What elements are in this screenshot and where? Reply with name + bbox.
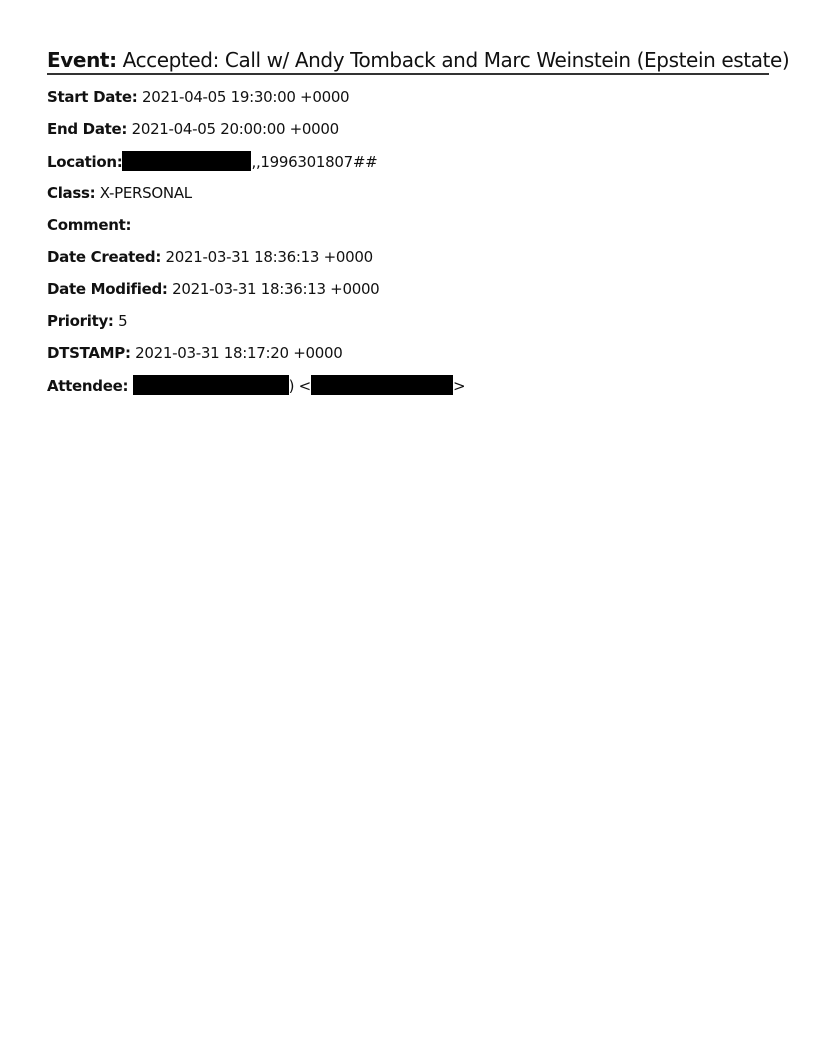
redaction-box: [133, 375, 289, 395]
end-date-value: 2021-04-05 20:00:00 +0000: [132, 120, 339, 138]
start-date-row: Start Date: 2021-04-05 19:30:00 +0000: [47, 87, 465, 119]
date-created-row: Date Created: 2021-03-31 18:36:13 +0000: [47, 247, 465, 279]
redaction-box: [122, 151, 251, 171]
location-label: Location:: [47, 153, 122, 171]
start-date-label: Start Date:: [47, 88, 138, 106]
date-created-value: 2021-03-31 18:36:13 +0000: [166, 248, 373, 266]
date-created-label: Date Created:: [47, 248, 161, 266]
class-value: X-PERSONAL: [100, 184, 192, 202]
attendee-separator: ) <: [289, 377, 311, 395]
end-date-label: End Date:: [47, 120, 127, 138]
location-value: ,,1996301807##: [251, 153, 377, 171]
date-modified-row: Date Modified: 2021-03-31 18:36:13 +0000: [47, 279, 465, 311]
date-modified-label: Date Modified:: [47, 280, 168, 298]
priority-row: Priority: 5: [47, 311, 465, 343]
priority-label: Priority:: [47, 312, 114, 330]
event-title: Event: Accepted: Call w/ Andy Tomback an…: [47, 47, 769, 75]
redaction-box: [311, 375, 453, 395]
location-row: Location:,,1996301807##: [47, 151, 465, 183]
priority-value: 5: [118, 312, 127, 330]
end-date-row: End Date: 2021-04-05 20:00:00 +0000: [47, 119, 465, 151]
comment-label: Comment:: [47, 216, 131, 234]
event-name: Accepted: Call w/ Andy Tomback and Marc …: [123, 48, 790, 72]
date-modified-value: 2021-03-31 18:36:13 +0000: [172, 280, 379, 298]
start-date-value: 2021-04-05 19:30:00 +0000: [142, 88, 349, 106]
class-row: Class: X-PERSONAL: [47, 183, 465, 215]
dtstamp-label: DTSTAMP:: [47, 344, 131, 362]
dtstamp-row: DTSTAMP: 2021-03-31 18:17:20 +0000: [47, 343, 465, 375]
attendee-row: Attendee: ) <>: [47, 375, 465, 407]
attendee-label: Attendee:: [47, 377, 128, 395]
dtstamp-value: 2021-03-31 18:17:20 +0000: [135, 344, 342, 362]
class-label: Class:: [47, 184, 95, 202]
event-label: Event:: [47, 48, 117, 72]
comment-row: Comment:: [47, 215, 465, 247]
attendee-end: >: [453, 377, 465, 395]
event-fields: Start Date: 2021-04-05 19:30:00 +0000 En…: [47, 87, 465, 407]
